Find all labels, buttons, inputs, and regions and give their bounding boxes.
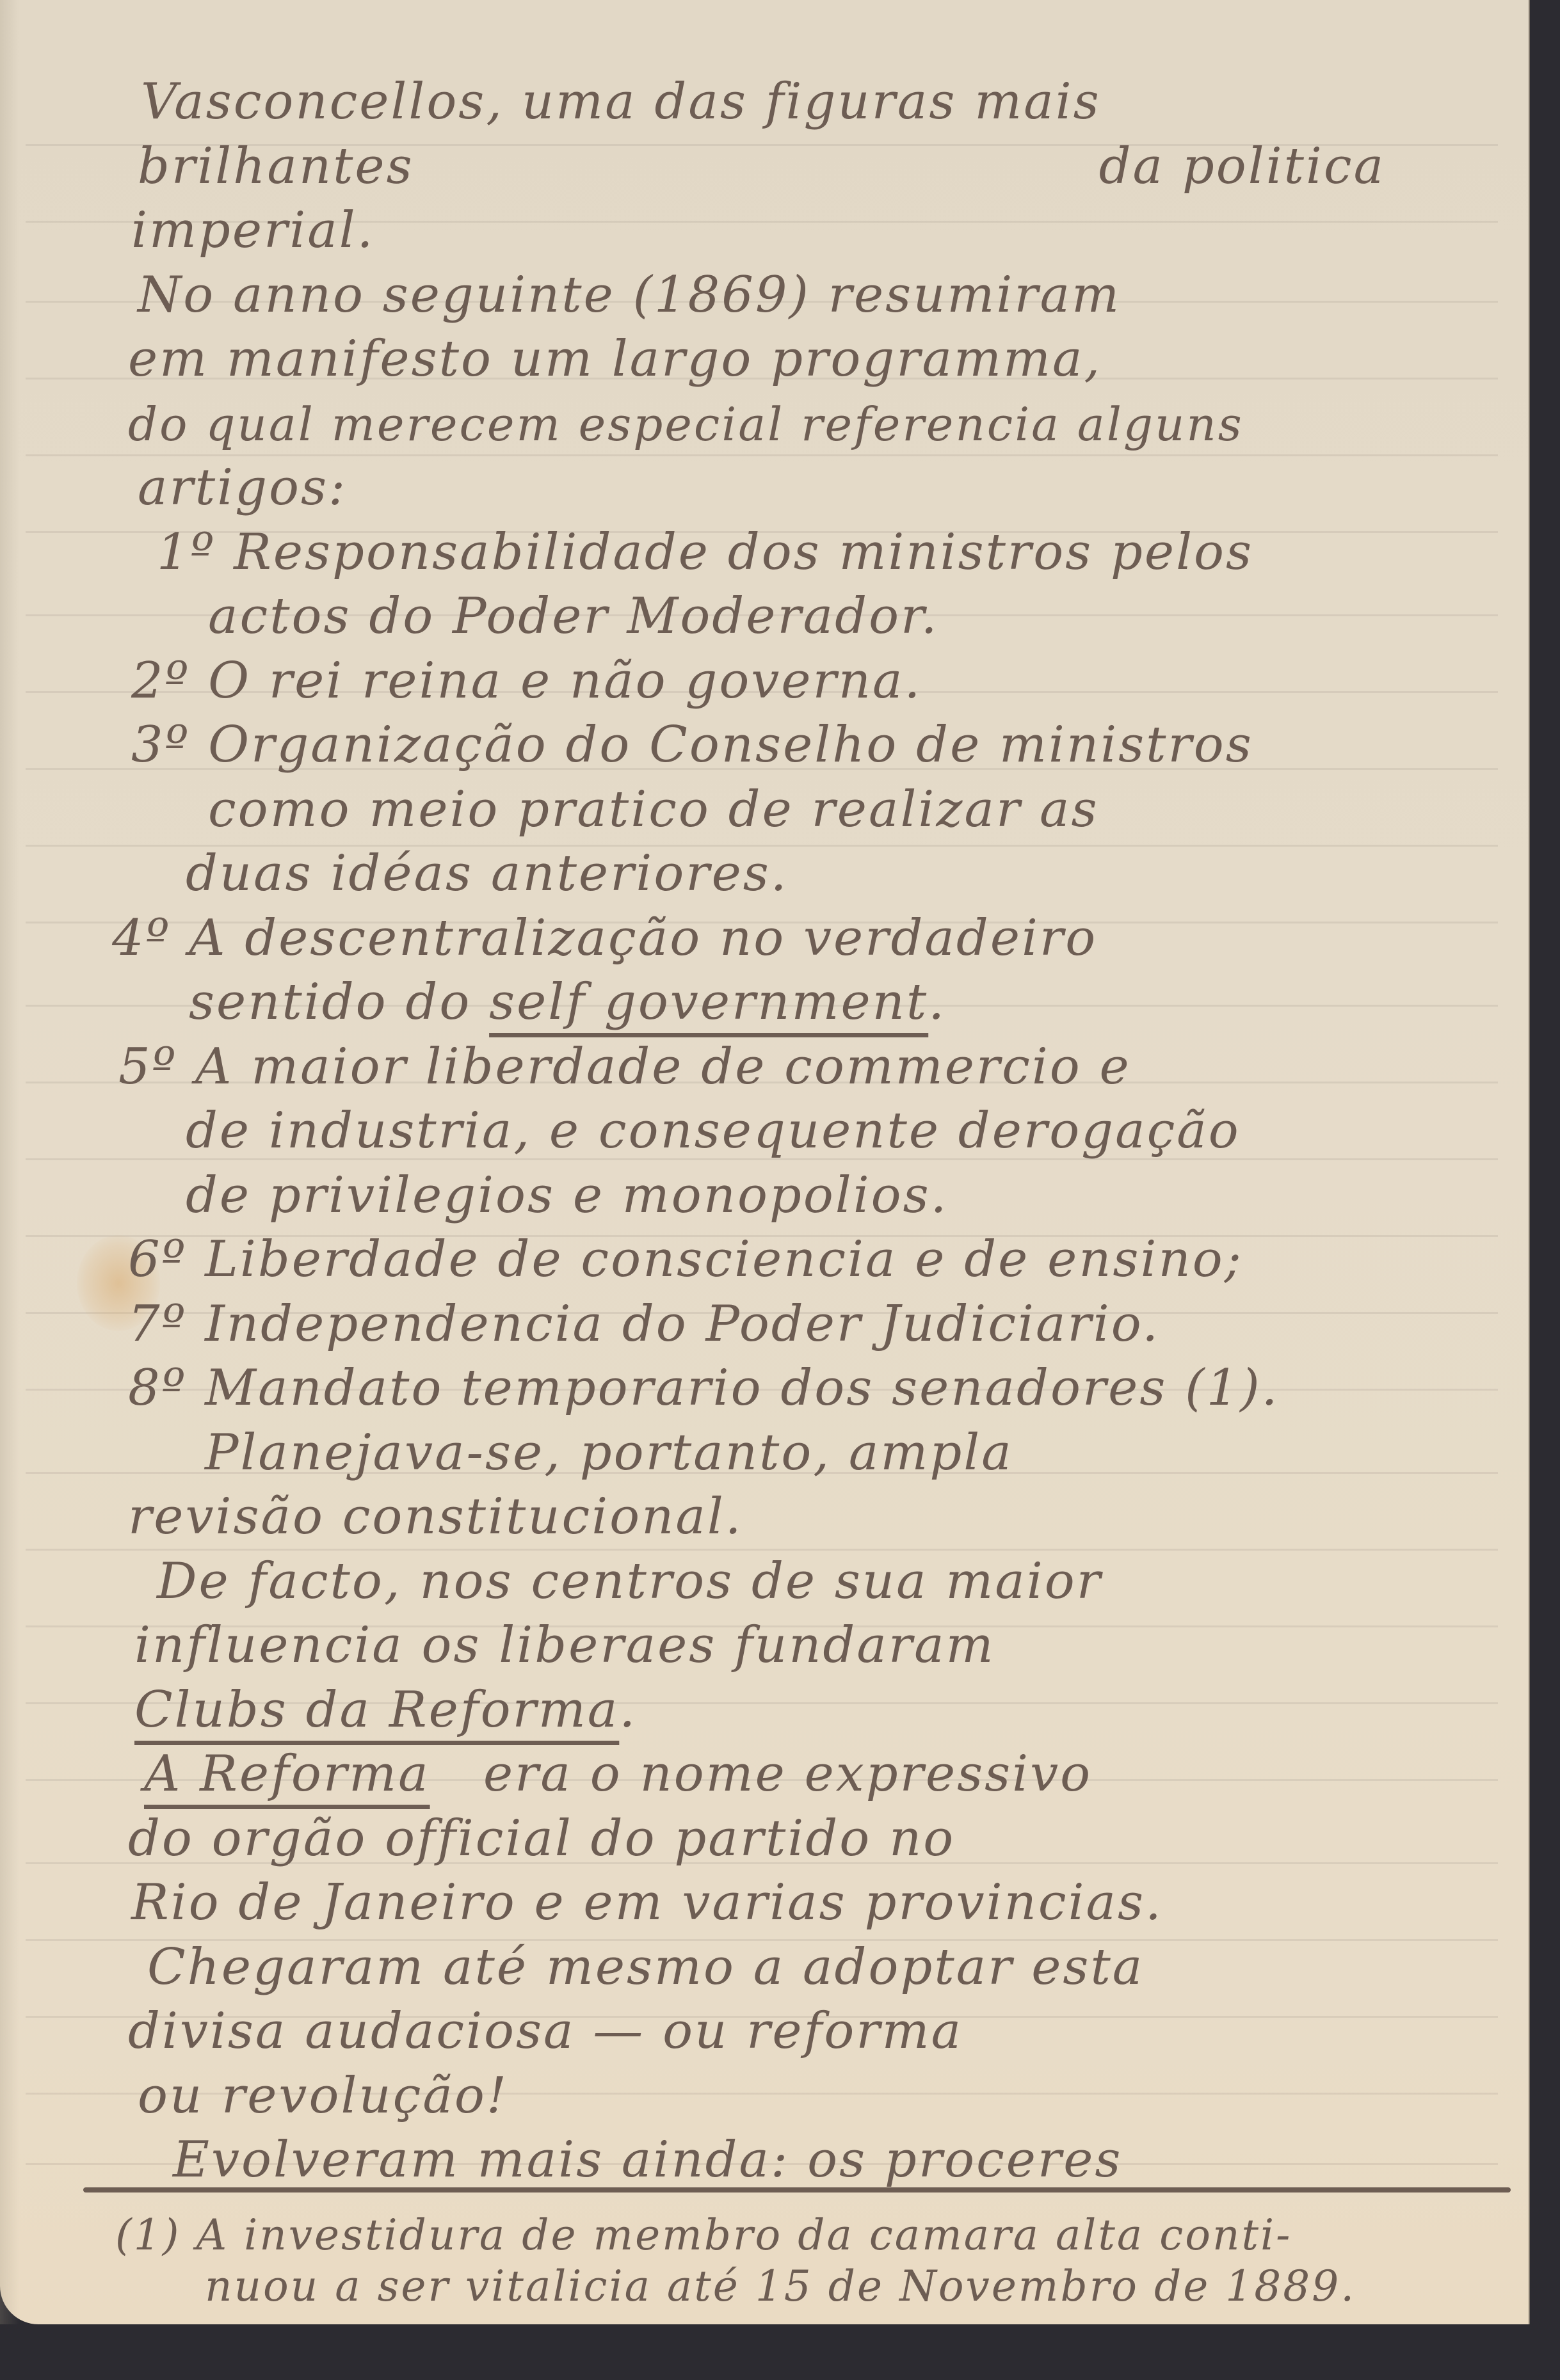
manuscript-page: Vasconcellos, uma das figuras maisbrilha… — [0, 0, 1530, 2324]
list-item-4: 4º A descentralização no verdadeiro — [112, 913, 1097, 963]
footnote-line-2: nuou a ser vitalicia até 15 de Novembro … — [205, 2265, 1356, 2308]
footnote-divider — [83, 2187, 1511, 2192]
list-item-3: 3º Organização do Conselho de ministros — [131, 720, 1253, 770]
list-item-2: 2º O rei reina e não governa. — [131, 656, 922, 706]
text-line: brilhantesda politica — [138, 141, 1385, 191]
text-line: de industria, e consequente derogação — [186, 1106, 1241, 1156]
text-line: artigos: — [138, 463, 347, 513]
text-line: como meio pratico de realizar as — [208, 785, 1099, 835]
text-line: Vasconcellos, uma das figuras mais — [141, 77, 1101, 127]
footnote-line-1: (1) A investidura de membro da camara al… — [115, 2214, 1292, 2256]
list-item-5: 5º A maior liberdade de commercio e — [118, 1042, 1131, 1092]
ruled-line — [26, 1549, 1498, 1551]
text-line: Evolveram mais ainda: os proceres — [173, 2135, 1122, 2185]
text-line: duas idéas anteriores. — [186, 849, 789, 898]
text-line: divisa audaciosa — ou reforma — [128, 2006, 963, 2056]
text-line: Rio de Janeiro e em varias provincias. — [131, 1878, 1163, 1928]
text-line: sentido do self government. — [189, 977, 946, 1027]
ruled-line — [26, 454, 1498, 456]
text-line: A Reforma era o nome expressivo — [144, 1749, 1092, 1799]
text-line: de privilegios e monopolios. — [186, 1170, 948, 1220]
text-line: ou revolução! — [138, 2071, 508, 2121]
footnote-text: A investidura de membro da camara alta c… — [196, 2210, 1292, 2260]
text-line: imperial. — [131, 205, 374, 255]
text-line: do qual merecem especial referencia algu… — [128, 399, 1244, 449]
text-line: do orgão official do partido no — [128, 1814, 955, 1864]
list-item-6: 6º Liberdade de consciencia e de ensino; — [128, 1234, 1243, 1284]
list-item-7: 7º Independencia do Poder Judiciario. — [128, 1299, 1160, 1349]
text-line: influencia os liberaes fundaram — [134, 1620, 995, 1670]
list-item-1: 1º Responsabilidade dos ministros pelos — [157, 527, 1253, 577]
paper-edge-shade — [0, 0, 19, 2324]
text-line: actos do Poder Moderador. — [208, 591, 939, 641]
text-line: Clubs da Reforma. — [134, 1685, 637, 1735]
text-line: De facto, nos centros de sua maior — [157, 1556, 1102, 1606]
text-line: No anno seguinte (1869) resumiram — [138, 270, 1121, 320]
text-line: Planejava-se, portanto, ampla — [205, 1428, 1013, 1478]
text-line: Chegaram até mesmo a adoptar esta — [147, 1942, 1144, 1992]
footnote-marker: (1) — [115, 2210, 181, 2260]
text-line: em manifesto um largo programma, — [128, 334, 1102, 384]
text-line: revisão constitucional. — [128, 1492, 743, 1542]
list-item-8: 8º Mandato temporario dos senadores (1). — [128, 1363, 1279, 1413]
